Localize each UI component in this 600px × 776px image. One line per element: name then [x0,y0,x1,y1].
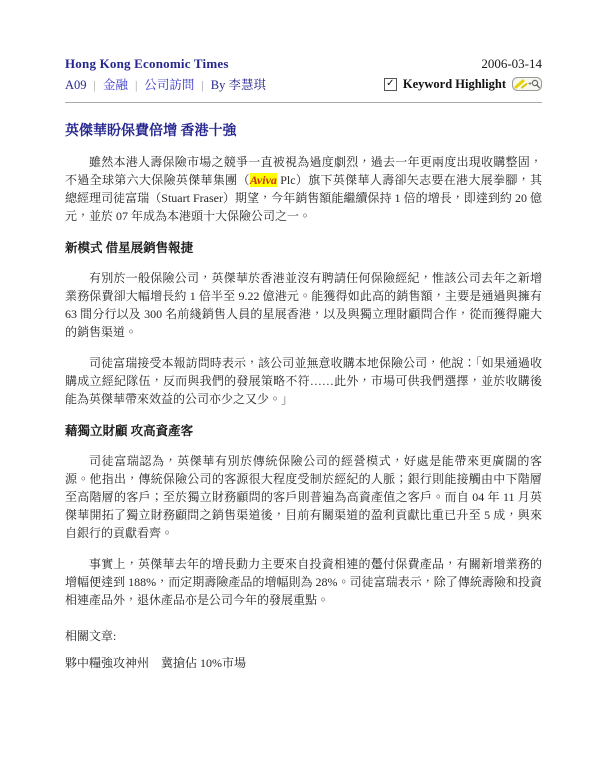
related-articles-label: 相關文章: [65,627,542,644]
separator: | [201,78,203,92]
paragraph-2: 有別於一般保險公司，英傑華於香港並沒有聘請任何保險經紀，惟該公司去年之新增業務保… [65,269,542,341]
header-top-row: Hong Kong Economic Times 2006-03-14 [65,56,542,72]
paragraph-1: 雖然本港人壽保險市場之競爭一直被視為過度劇烈，過去一年更兩度出現收購整固，不過全… [65,153,542,225]
highlighter-search-icon[interactable] [512,77,542,91]
byline-row: A09|金融|公司訪問|By 李慧琪 [65,75,266,93]
header-divider [65,102,542,103]
keyword-highlight-control: ✓ Keyword Highlight [384,77,542,92]
subhead-1: 新模式 借星展銷售報捷 [65,238,542,256]
separator: | [135,78,137,92]
keyword-highlight-checkbox[interactable]: ✓ [384,78,397,91]
column-link[interactable]: 公司訪問 [144,78,194,92]
separator: | [94,78,96,92]
check-icon: ✓ [386,79,394,89]
publication-name: Hong Kong Economic Times [65,56,229,72]
headline: 英傑華盼保費倍增 香港十強 [65,120,542,140]
keyword-highlighted-term: Aviva [250,173,277,187]
byline-author: By 李慧琪 [211,78,266,92]
paragraph-5: 事實上，英傑華去年的增長動力主要來自投資相連的躉付保費產品，有關新增業務的增幅便… [65,555,542,609]
header-meta-row: A09|金融|公司訪問|By 李慧琪 ✓ Keyword Highlight [65,75,542,93]
news-clipping-page: Hong Kong Economic Times 2006-03-14 A09|… [0,0,600,776]
paragraph-4: 司徒富瑞認為，英傑華有別於傳統保險公司的經營模式，好處是能帶來更廣闊的客源。他指… [65,452,542,542]
section-link[interactable]: 金融 [103,78,128,92]
subhead-2: 藉獨立財顧 攻高資產客 [65,421,542,439]
keyword-highlight-label: Keyword Highlight [403,77,506,92]
page-number: A09 [65,78,87,92]
article-date: 2006-03-14 [481,56,542,72]
header: Hong Kong Economic Times 2006-03-14 A09|… [65,56,542,103]
paragraph-3: 司徒富瑞接受本報訪問時表示，該公司並無意收購本地保險公司，他說：「如果通過收購成… [65,354,542,408]
related-article-link[interactable]: 夥中糧強攻神州 冀搶佔 10%市場 [65,654,542,671]
